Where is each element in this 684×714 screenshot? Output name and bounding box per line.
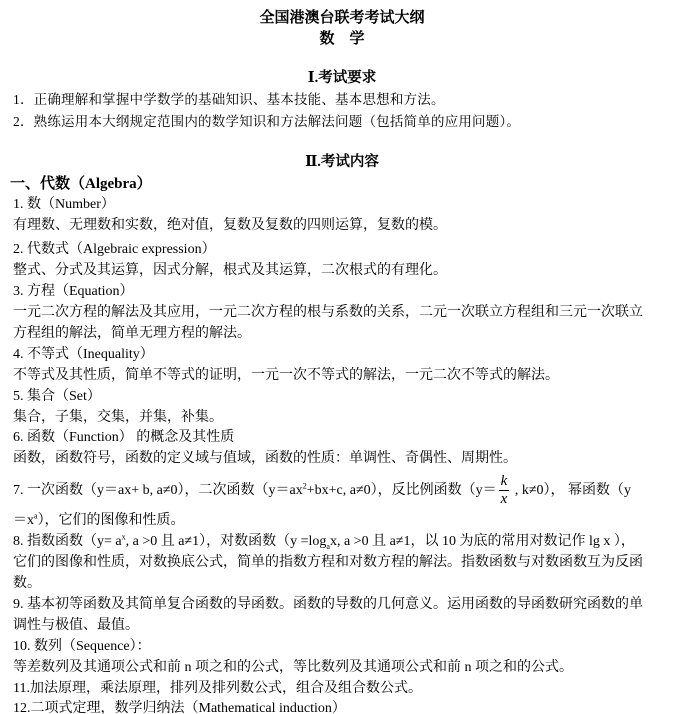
topic-item-11: 11.加法原理，乘法原理，排列及排列数公式，组合及组合数公式。 — [13, 680, 422, 698]
item7-text-b: +bx+c, a≠0），反比例函数（y＝ — [307, 483, 497, 498]
topic-item-8-line-1: 8. 指数函数（y= ax, a >0 且 a≠1），对数函数（y =logax… — [13, 533, 635, 551]
fraction-numerator: k — [499, 473, 510, 491]
topic-title-set: 5. 集合（Set） — [13, 388, 101, 406]
topic-body-equation-2: 方程组的解法，简单无理方程的解法。 — [13, 325, 251, 343]
topic-item-12: 12.二项式定理，数学归纳法（Mathematical induction） — [13, 700, 346, 714]
topic-item-7-line-2: ＝xa），它们的图像和性质。 — [13, 512, 185, 530]
topic-item-8-line-3: 数。 — [13, 575, 41, 593]
topic-title-algebraic-expression: 2. 代数式（Algebraic expression） — [13, 241, 216, 259]
fraction-denominator: x — [499, 491, 510, 508]
part-heading-algebra: 一、代数（Algebra） — [10, 175, 152, 193]
section-heading-requirements: Ⅰ.考试要求 — [0, 69, 684, 87]
item7-text-a: 7. 一次函数（y＝ax+ b, a≠0），二次函数（y＝ax — [13, 483, 303, 498]
topic-body-number: 有理数、无理数和实数，绝对值，复数及复数的四则运算，复数的模。 — [13, 217, 447, 235]
topic-body-algebraic-expression: 整式、分式及其运算，因式分解，根式及其运算，二次根式的有理化。 — [13, 262, 447, 280]
item7-line2-b: ），它们的图像和性质。 — [38, 513, 185, 528]
item8-text-a: 8. 指数函数（y= a — [13, 534, 122, 549]
topic-item-9-line-2: 调性与极值、最值。 — [13, 617, 139, 635]
topic-item-8-line-2: 它们的图像和性质，对数换底公式，简单的指数方程和对数方程的解法。指数函数与对数函… — [13, 554, 643, 572]
item8-text-c: x, a >0 且 a≠1，以 10 为底的常用对数记作 lg x ）， — [330, 534, 635, 549]
document-title: 全国港澳台联考考试大纲 — [0, 8, 684, 26]
topic-body-function: 函数，函数符号，函数的定义域与值域，函数的性质：单调性、奇偶性、周期性。 — [13, 450, 517, 468]
topic-title-inequality: 4. 不等式（Inequality） — [13, 346, 154, 364]
topic-title-number: 1. 数（Number） — [13, 196, 115, 214]
topic-item-9-line-1: 9. 基本初等函数及其简单复合函数的导函数。函数的导数的几何意义。运用函数的导函… — [13, 596, 643, 614]
requirement-item-1: 1．正确理解和掌握中学数学的基础知识、基本技能、基本思想和方法。 — [13, 91, 445, 109]
topic-body-set: 集合，子集，交集，并集，补集。 — [13, 409, 223, 427]
item7-text-c: , k≠0）， 幂函数（y — [511, 483, 631, 498]
topic-body-equation-1: 一元二次方程的解法及其应用，一元二次方程的根与系数的关系，二元一次联立方程组和三… — [13, 304, 643, 322]
topic-body-inequality: 不等式及其性质，简单不等式的证明，一元一次不等式的解法，一元二次不等式的解法。 — [13, 367, 559, 385]
topic-title-equation: 3. 方程（Equation） — [13, 283, 134, 301]
fraction-k-over-x: kx — [499, 473, 510, 508]
topic-body-sequence: 等差数列及其通项公式和前 n 项之和的公式，等比数列及其通项公式和前 n 项之和… — [13, 659, 573, 677]
requirement-item-2: 2．熟练运用本大纲规定范围内的数学知识和方法解法问题（包括简单的应用问题）。 — [13, 113, 520, 131]
topic-title-sequence: 10. 数列（Sequence）： — [13, 638, 151, 656]
subject-title: 数 学 — [0, 29, 684, 47]
topic-item-7-line-1: 7. 一次函数（y＝ax+ b, a≠0），二次函数（y＝ax2+bx+c, a… — [13, 473, 631, 509]
section-heading-content: Ⅱ.考试内容 — [0, 153, 684, 171]
topic-title-function: 6. 函数（Function） 的概念及其性质 — [13, 429, 234, 447]
item7-line2-a: ＝x — [13, 513, 34, 528]
item8-text-b: , a >0 且 a≠1），对数函数（y =log — [126, 534, 327, 549]
